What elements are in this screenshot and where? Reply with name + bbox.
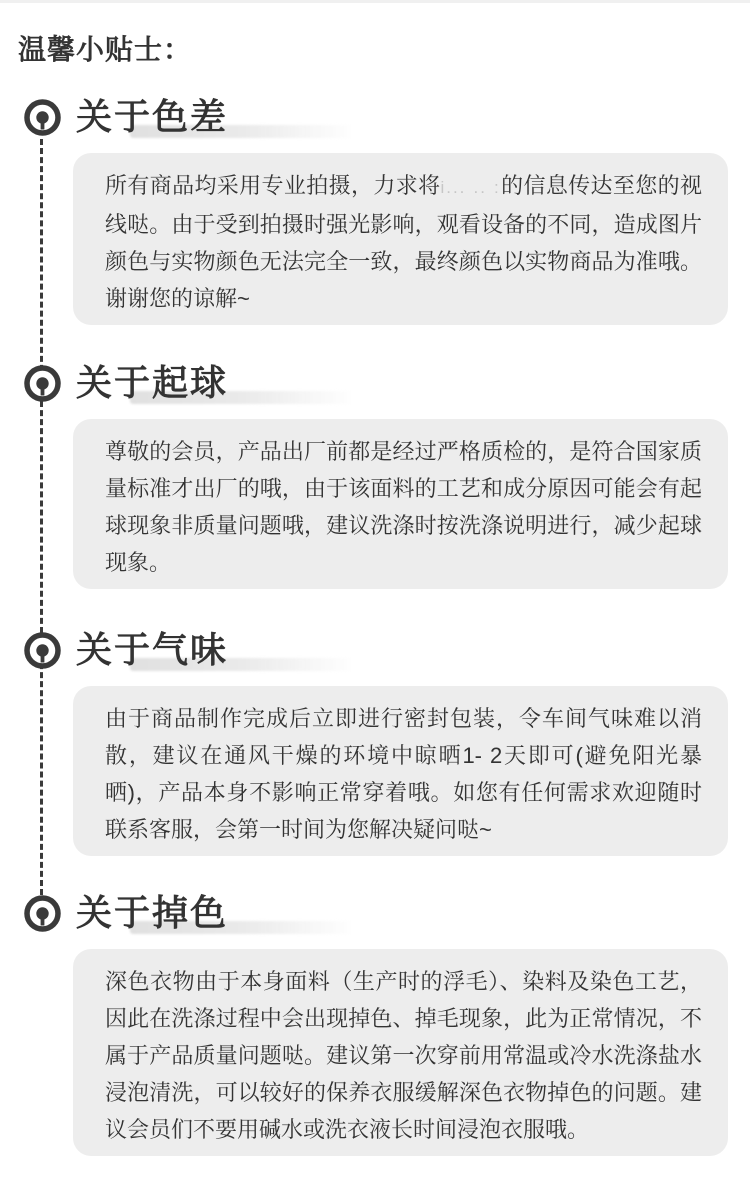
tip-body-box: 由于商品制作完成后立即进行密封包装，令车间气味难以消散，建议在通风干燥的环境中晾… <box>73 686 728 856</box>
tip-section-odor: 关于气味 由于商品制作完成后立即进行密封包装，令车间气味难以消散，建议在通风干燥… <box>0 628 750 856</box>
tip-body-box: 所有商品均采用专业拍摄，力求将i... .. :的信息传达至您的视线哒。由于受到… <box>73 153 728 325</box>
bullseye-icon <box>24 895 61 932</box>
tip-body-text: 尊敬的会员，产品出厂前都是经过严格质检的，是符合国家质量标准才出厂的哦，由于该面… <box>105 433 702 581</box>
tip-body-box: 深色衣物由于本身面料（生产时的浮毛）、染料及染色工艺，因此在洗涤过程中会出现掉色… <box>73 949 728 1156</box>
redacted-text: i... .. : <box>440 178 500 197</box>
tip-header: 关于气味 <box>0 628 750 672</box>
bullseye-icon <box>24 632 61 669</box>
tip-header: 关于色差 <box>0 95 750 139</box>
tip-body-text: 由于商品制作完成后立即进行密封包装，令车间气味难以消散，建议在通风干燥的环境中晾… <box>105 700 702 848</box>
tip-body-box: 尊敬的会员，产品出厂前都是经过严格质检的，是符合国家质量标准才出厂的哦，由于该面… <box>73 419 728 589</box>
tip-section-fading: 关于掉色 深色衣物由于本身面料（生产时的浮毛）、染料及染色工艺，因此在洗涤过程中… <box>0 891 750 1156</box>
tip-body-text: 所有商品均采用专业拍摄，力求将i... .. :的信息传达至您的视线哒。由于受到… <box>105 167 702 317</box>
bullseye-icon <box>24 365 61 402</box>
page-title: 温馨小贴士： <box>18 28 192 68</box>
tip-heading: 关于起球 <box>76 361 228 405</box>
tip-section-color-difference: 关于色差 所有商品均采用专业拍摄，力求将i... .. :的信息传达至您的视线哒… <box>0 95 750 325</box>
bullseye-icon <box>24 99 61 136</box>
tip-section-pilling: 关于起球 尊敬的会员，产品出厂前都是经过严格质检的，是符合国家质量标准才出厂的哦… <box>0 361 750 589</box>
product-tips-page: 温馨小贴士： 关于色差 所有商品均采用专业拍摄，力求将i... .. :的信息传… <box>0 0 750 1187</box>
tip-heading: 关于色差 <box>76 95 228 139</box>
body-text-before: 所有商品均采用专业拍摄，力求将 <box>105 173 440 198</box>
tip-header: 关于掉色 <box>0 891 750 935</box>
tip-heading: 关于气味 <box>76 628 228 672</box>
tip-body-text: 深色衣物由于本身面料（生产时的浮毛）、染料及染色工艺，因此在洗涤过程中会出现掉色… <box>105 963 702 1148</box>
tip-header: 关于起球 <box>0 361 750 405</box>
top-divider <box>0 0 750 3</box>
tip-heading: 关于掉色 <box>76 891 228 935</box>
